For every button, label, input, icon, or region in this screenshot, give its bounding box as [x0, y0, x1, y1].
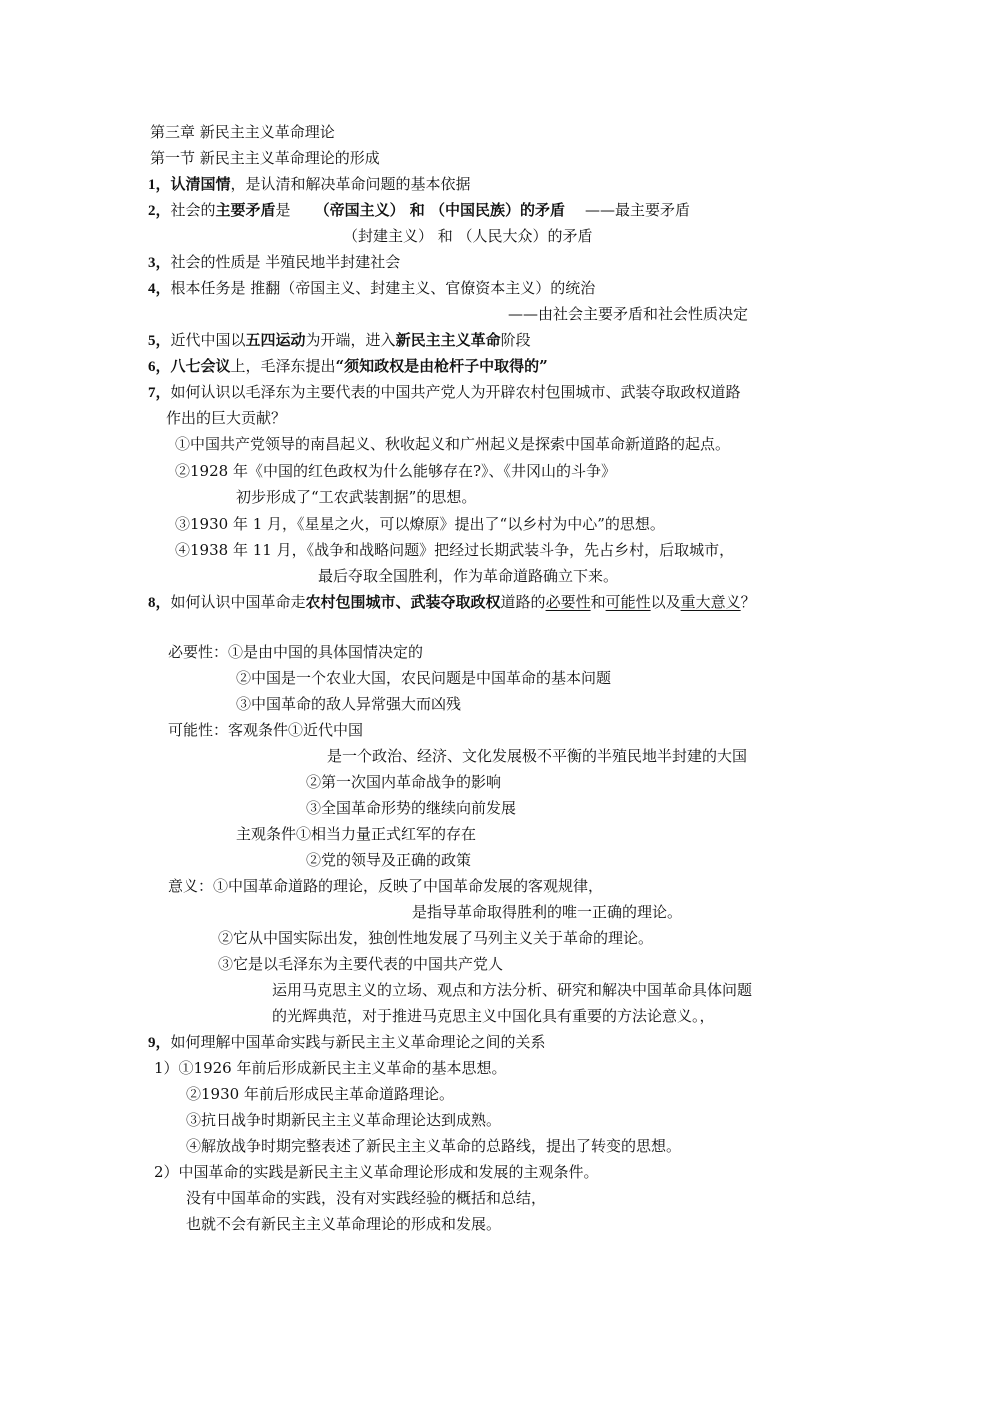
point-8: 8，如何认识中国革命走农村包围城市、武装夺取政权道路的必要性和可能性以及重大意义…: [148, 592, 756, 613]
possibility-subjective-2: ②党的领导及正确的政策: [306, 850, 471, 870]
point-7-sub-2-cont: 初步形成了“工农武装割据”的思想。: [236, 487, 476, 507]
point-9-part-2: 2）中国革命的实践是新民主主义革命理论形成和发展的主观条件。: [154, 1162, 599, 1182]
significance-2: ②它从中国实际出发，独创性地发展了马列主义关于革命的理论。: [218, 928, 653, 948]
point-2-secondary: （封建主义） 和 （人民大众）的矛盾: [343, 226, 593, 246]
point-9: 9，如何理解中国革命实践与新民主主义革命理论之间的关系: [148, 1032, 546, 1053]
point-7-sub-1: ①中国共产党领导的南昌起义、秋收起义和广州起义是探索中国革命新道路的起点。: [175, 434, 730, 454]
section-title: 第一节 新民主主义革命理论的形成: [150, 148, 380, 168]
possibility-3: ③全国革命形势的继续向前发展: [306, 798, 516, 818]
point-4-note: ——由社会主要矛盾和社会性质决定: [508, 304, 748, 324]
point-7-sub-4: ④1938 年 11 月，《战争和战略问题》把经过长期武装斗争，先占乡村，后取城…: [175, 540, 734, 560]
point-4: 4，根本任务是 推翻（帝国主义、封建主义、官僚资本主义）的统治: [148, 278, 595, 299]
point-9-part-1-d: ④解放战争时期完整表述了新民主主义革命的总路线，提出了转变的思想。: [186, 1136, 681, 1156]
point-7-sub-2: ②1928 年《中国的红色政权为什么能够存在?》、《井冈山的斗争》: [175, 461, 616, 481]
document-page: 第三章 新民主主义革命理论 第一节 新民主主义革命理论的形成 1，认清国情，是认…: [0, 0, 993, 1404]
point-7-sub-3: ③1930 年 1 月，《星星之火，可以燎原》提出了“以乡村为中心”的思想。: [175, 514, 665, 534]
significance-3-cont: 运用马克思主义的立场、观点和方法分析、研究和解决中国革命具体问题: [272, 980, 752, 1000]
possibility-1: 可能性：客观条件①近代中国: [168, 720, 363, 740]
chapter-title: 第三章 新民主主义革命理论: [150, 122, 335, 142]
possibility-subjective-1: 主观条件①相当力量正式红军的存在: [236, 824, 476, 844]
point-3: 3，社会的性质是 半殖民地半封建社会: [148, 252, 400, 273]
point-9-part-1: 1）①1926 年前后形成新民主主义革命的基本思想。: [154, 1058, 507, 1078]
necessity-1: 必要性：①是由中国的具体国情决定的: [168, 642, 423, 662]
point-6: 6，八七会议上，毛泽东提出“须知政权是由枪杆子中取得的”: [148, 356, 548, 377]
significance-1-cont: 是指导革命取得胜利的唯一正确的理论。: [412, 902, 682, 922]
possibility-2: ②第一次国内革命战争的影响: [306, 772, 501, 792]
significance-1: 意义：①中国革命道路的理论，反映了中国革命发展的客观规律，: [168, 876, 603, 896]
point-9-part-2-b: 没有中国革命的实践，没有对实践经验的概括和总结，: [186, 1188, 546, 1208]
point-7: 7，如何认识以毛泽东为主要代表的中国共产党人为开辟农村包围城市、武装夺取政权道路: [148, 382, 741, 403]
point-2: 2，社会的主要矛盾是（帝国主义） 和 （中国民族）的矛盾——最主要矛盾: [148, 200, 690, 221]
necessity-3: ③中国革命的敌人异常强大而凶残: [236, 694, 461, 714]
point-5: 5，近代中国以五四运动为开端，进入新民主主义革命阶段: [148, 330, 531, 351]
point-9-part-1-b: ②1930 年前后形成民主革命道路理论。: [186, 1084, 454, 1104]
significance-3-cont-2: 的光辉典范，对于推进马克思主义中国化具有重要的方法论意义。，: [272, 1006, 715, 1026]
necessity-2: ②中国是一个农业大国，农民问题是中国革命的基本问题: [236, 668, 611, 688]
point-9-part-2-c: 也就不会有新民主主义革命理论的形成和发展。: [186, 1214, 501, 1234]
point-9-part-1-c: ③抗日战争时期新民主主义革命理论达到成熟。: [186, 1110, 501, 1130]
possibility-1-cont: 是一个政治、经济、文化发展极不平衡的半殖民地半封建的大国: [327, 746, 747, 766]
point-1: 1，认清国情，是认清和解决革命问题的基本依据: [148, 174, 471, 195]
point-7-sub-4-cont: 最后夺取全国胜利，作为革命道路确立下来。: [318, 566, 618, 586]
point-7-cont: 作出的巨大贡献？: [166, 408, 286, 428]
significance-3: ③它是以毛泽东为主要代表的中国共产党人: [218, 954, 503, 974]
